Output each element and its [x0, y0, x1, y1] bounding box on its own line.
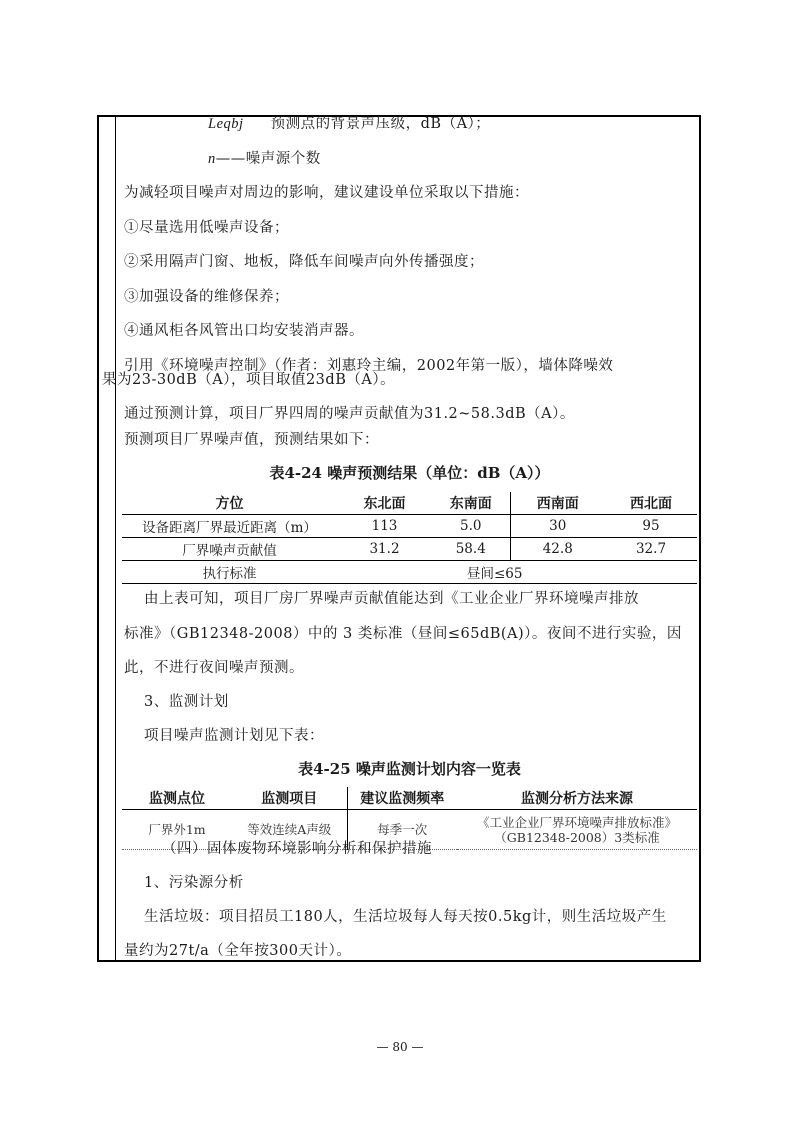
table-cell: 5.0: [432, 515, 510, 538]
header-cell: 方位: [122, 492, 337, 515]
formula-desc: ——噪声源个数: [216, 151, 321, 167]
paragraph: 通过预测计算，项目厂界四周的噪声贡献值为31.2~58.3dB（A）。: [124, 404, 575, 424]
formula-term-leqbj: Leqbj 预测点的背景声压级，dB（A）；: [208, 114, 490, 134]
paragraph: 此，不进行夜间噪声预测。: [124, 658, 304, 678]
standard-label: 执行标准: [122, 561, 337, 584]
table2-caption: 表4-25 噪声监测计划内容一览表: [122, 758, 697, 779]
table-row: 厂界噪声贡献值 31.2 58.4 42.8 32.7: [122, 538, 697, 561]
table-header-row: 监测点位 监测项目 建议监测频率 监测分析方法来源: [122, 787, 697, 810]
formula-symbol: n: [208, 151, 216, 167]
table-cell: 《工业企业厂界环境噪声排放标准》（GB12348-2008）3类标准: [457, 810, 697, 850]
paragraph: ①尽量选用低噪声设备；: [124, 218, 289, 238]
paragraph: 为减轻项目噪声对周边的影响，建议建设单位采取以下措施：: [124, 183, 529, 203]
formula-desc: 预测点的背景声压级，dB（A）；: [271, 116, 491, 132]
table-cell: 30: [510, 515, 605, 538]
formula-term-n: n——噪声源个数: [208, 149, 321, 169]
table-cell: 58.4: [432, 538, 510, 561]
noise-prediction-table: 方位 东北面 东南面 西南面 西北面 设备距离厂界最近距离（m） 113 5.0…: [122, 492, 697, 584]
section-heading: 3、监测计划: [144, 692, 229, 712]
table-cell: 95: [605, 515, 697, 538]
section-heading: （四）固体废物环境影响分析和保护措施: [162, 839, 432, 859]
paragraph: 果为23-30dB（A），项目取值23dB（A）。: [102, 370, 395, 390]
paragraph: ③加强设备的维修保养；: [124, 287, 289, 307]
paragraph: 由上表可知，项目厂房厂界噪声贡献值能达到《工业企业厂界环境噪声排放: [144, 589, 639, 609]
header-cell: 建议监测频率: [347, 787, 457, 810]
header-cell: 西南面: [510, 492, 605, 515]
header-cell: 监测项目: [232, 787, 347, 810]
paragraph: 标准》（GB12348-2008）中的 3 类标准（昼间≤65dB(A)）。夜间…: [124, 624, 682, 644]
frame-inner-divider: [115, 117, 116, 962]
table-cell: 31.2: [337, 538, 432, 561]
paragraph: 预测项目厂界噪声值，预测结果如下：: [124, 430, 379, 450]
table-header-row: 方位 东北面 东南面 西南面 西北面: [122, 492, 697, 515]
paragraph: ②采用隔声门窗、地板，降低车间噪声向外传播强度；: [124, 252, 484, 272]
table-cell: 设备距离厂界最近距离（m）: [122, 515, 337, 538]
section-heading: 1、污染源分析: [144, 873, 244, 893]
table-cell: 42.8: [510, 538, 605, 561]
table-cell: 厂界噪声贡献值: [122, 538, 337, 561]
paragraph: 量约为27t/a（全年按300天计）。: [124, 941, 351, 961]
header-cell: 监测分析方法来源: [457, 787, 697, 810]
paragraph: ④通风柜各风管出口均安装消声器。: [124, 321, 364, 341]
header-cell: 东北面: [337, 492, 432, 515]
page-number: — 80 —: [0, 1040, 800, 1054]
paragraph: 生活垃圾：项目招员工180人，生活垃圾每人每天按0.5kg计，则生活垃圾产生: [144, 907, 667, 927]
table-cell: 113: [337, 515, 432, 538]
header-cell: 西北面: [605, 492, 697, 515]
standard-value: 昼间≤65: [337, 561, 697, 584]
header-cell: 东南面: [432, 492, 510, 515]
formula-symbol: Leqbj: [208, 116, 244, 132]
paragraph: 项目噪声监测计划见下表：: [144, 726, 324, 746]
header-cell: 监测点位: [122, 787, 232, 810]
table-row-standard: 执行标准 昼间≤65: [122, 561, 697, 584]
table-row: 设备距离厂界最近距离（m） 113 5.0 30 95: [122, 515, 697, 538]
table1-caption: 表4-24 噪声预测结果（单位：dB（A））: [122, 462, 697, 483]
table-cell: 32.7: [605, 538, 697, 561]
